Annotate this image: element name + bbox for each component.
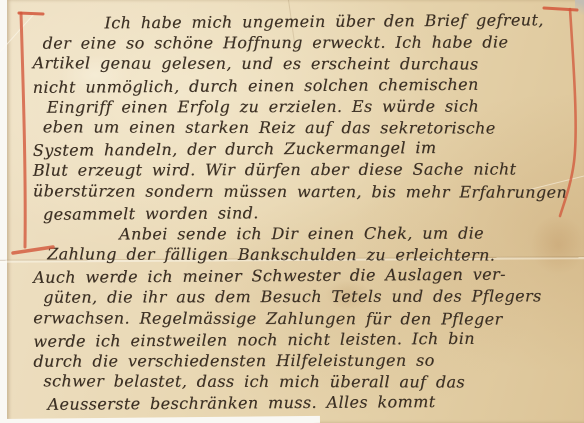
scanned-letter-image: Ich habe mich ungemein über den Brief ge… <box>0 0 584 423</box>
letter-line: Artikel genau gelesen, und es erscheint … <box>33 53 561 76</box>
letter-line: nicht unmöglich, durch einen solchen che… <box>33 73 561 98</box>
letter-line: der eine so schöne Hoffnung erweckt. Ich… <box>33 31 561 54</box>
letter-line: Auch werde ich meiner Schwester die Ausl… <box>33 263 561 288</box>
letter-line: gesammelt worden sind. <box>33 200 561 225</box>
paper-corner-gap <box>575 0 584 15</box>
letter-line: überstürzen sondern müssen warten, bis m… <box>33 180 561 203</box>
letter-line: erwachsen. Regelmässige Zahlungen für de… <box>33 307 561 330</box>
letter-line: Zahlung der fälligen Bankschulden zu erl… <box>33 243 561 266</box>
letter-line: Eingriff einen Erfolg zu erzielen. Es wü… <box>33 95 561 118</box>
letter-line: Ich habe mich ungemein über den Brief ge… <box>32 9 560 34</box>
letter-line: eben um einen starken Reiz auf das sekre… <box>33 116 561 139</box>
letter-line: Anbei sende ich Dir einen Chek, um die <box>33 222 561 245</box>
letter-line: Blut erzeugt wird. Wir dürfen aber diese… <box>33 159 561 182</box>
letter-line: durch die verschiedensten Hilfeleistunge… <box>33 349 561 372</box>
handwritten-text: Ich habe mich ungemein über den Brief ge… <box>32 10 561 414</box>
letter-line: Aeusserste beschränken muss. Alles kommt <box>33 391 561 416</box>
letter-line: schwer belastet, dass ich mich überall a… <box>33 370 561 393</box>
letter-line: System handeln, der durch Zuckermangel i… <box>33 136 561 161</box>
letter-line: werde ich einstweilen noch nicht leisten… <box>33 327 561 352</box>
letter-line: güten, die ihr aus dem Besuch Tetels und… <box>33 286 561 309</box>
